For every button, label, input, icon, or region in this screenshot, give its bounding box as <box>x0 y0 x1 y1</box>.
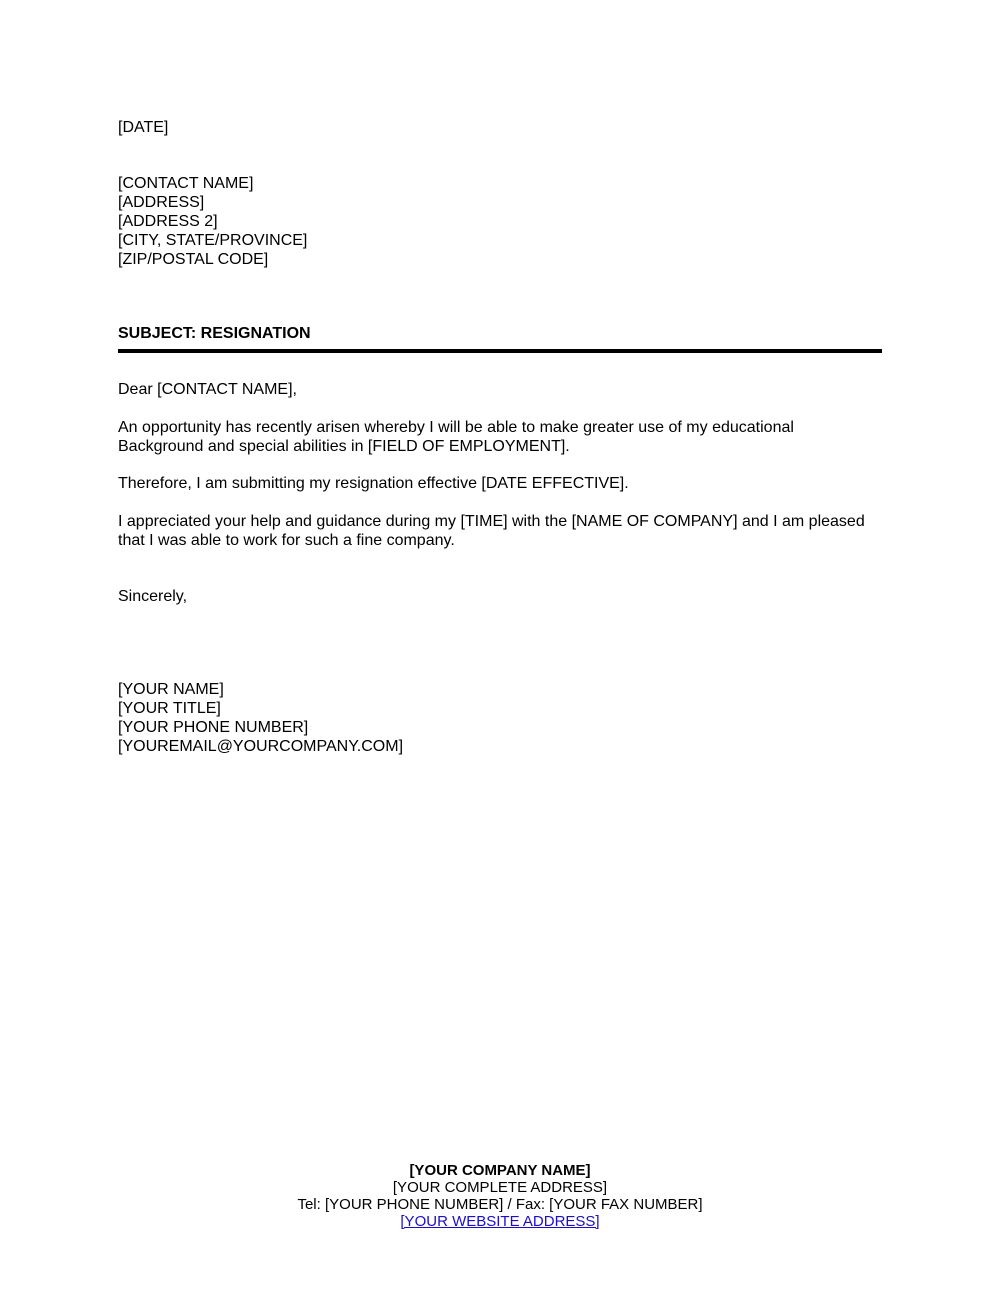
letterhead-footer: [YOUR COMPANY NAME] [YOUR COMPLETE ADDRE… <box>0 1162 1000 1230</box>
paragraph-line: that I was able to work for such a fine … <box>118 531 865 550</box>
paragraph-line: I appreciated your help and guidance dur… <box>118 512 865 531</box>
letter-date: [DATE] <box>118 118 168 137</box>
sender-title: [YOUR TITLE] <box>118 699 403 718</box>
body-paragraph-2: Therefore, I am submitting my resignatio… <box>118 474 629 493</box>
body-paragraph-3: I appreciated your help and guidance dur… <box>118 512 865 550</box>
recipient-city-state: [CITY, STATE/PROVINCE] <box>118 231 307 250</box>
paragraph-line: Therefore, I am submitting my resignatio… <box>118 474 629 493</box>
footer-website-link[interactable]: [YOUR WEBSITE ADDRESS] <box>400 1213 599 1230</box>
recipient-address-2: [ADDRESS 2] <box>118 212 307 231</box>
footer-contact: Tel: [YOUR PHONE NUMBER] / Fax: [YOUR FA… <box>0 1196 1000 1213</box>
sender-name: [YOUR NAME] <box>118 680 403 699</box>
recipient-address: [ADDRESS] <box>118 193 307 212</box>
recipient-address-block: [CONTACT NAME] [ADDRESS] [ADDRESS 2] [CI… <box>118 174 307 269</box>
paragraph-line: An opportunity has recently arisen where… <box>118 418 794 437</box>
recipient-contact-name: [CONTACT NAME] <box>118 174 307 193</box>
sender-phone: [YOUR PHONE NUMBER] <box>118 718 403 737</box>
recipient-zip: [ZIP/POSTAL CODE] <box>118 250 307 269</box>
paragraph-line: Background and special abilities in [FIE… <box>118 437 794 456</box>
salutation: Dear [CONTACT NAME], <box>118 380 297 399</box>
signature-block: [YOUR NAME] [YOUR TITLE] [YOUR PHONE NUM… <box>118 680 403 756</box>
footer-company-name: [YOUR COMPANY NAME] <box>0 1162 1000 1179</box>
subject-divider <box>118 349 882 353</box>
closing: Sincerely, <box>118 587 187 606</box>
body-paragraph-1: An opportunity has recently arisen where… <box>118 418 794 456</box>
footer-address: [YOUR COMPLETE ADDRESS] <box>0 1179 1000 1196</box>
sender-email: [YOUREMAIL@YOURCOMPANY.COM] <box>118 737 403 756</box>
subject-heading: SUBJECT: RESIGNATION <box>118 324 311 343</box>
